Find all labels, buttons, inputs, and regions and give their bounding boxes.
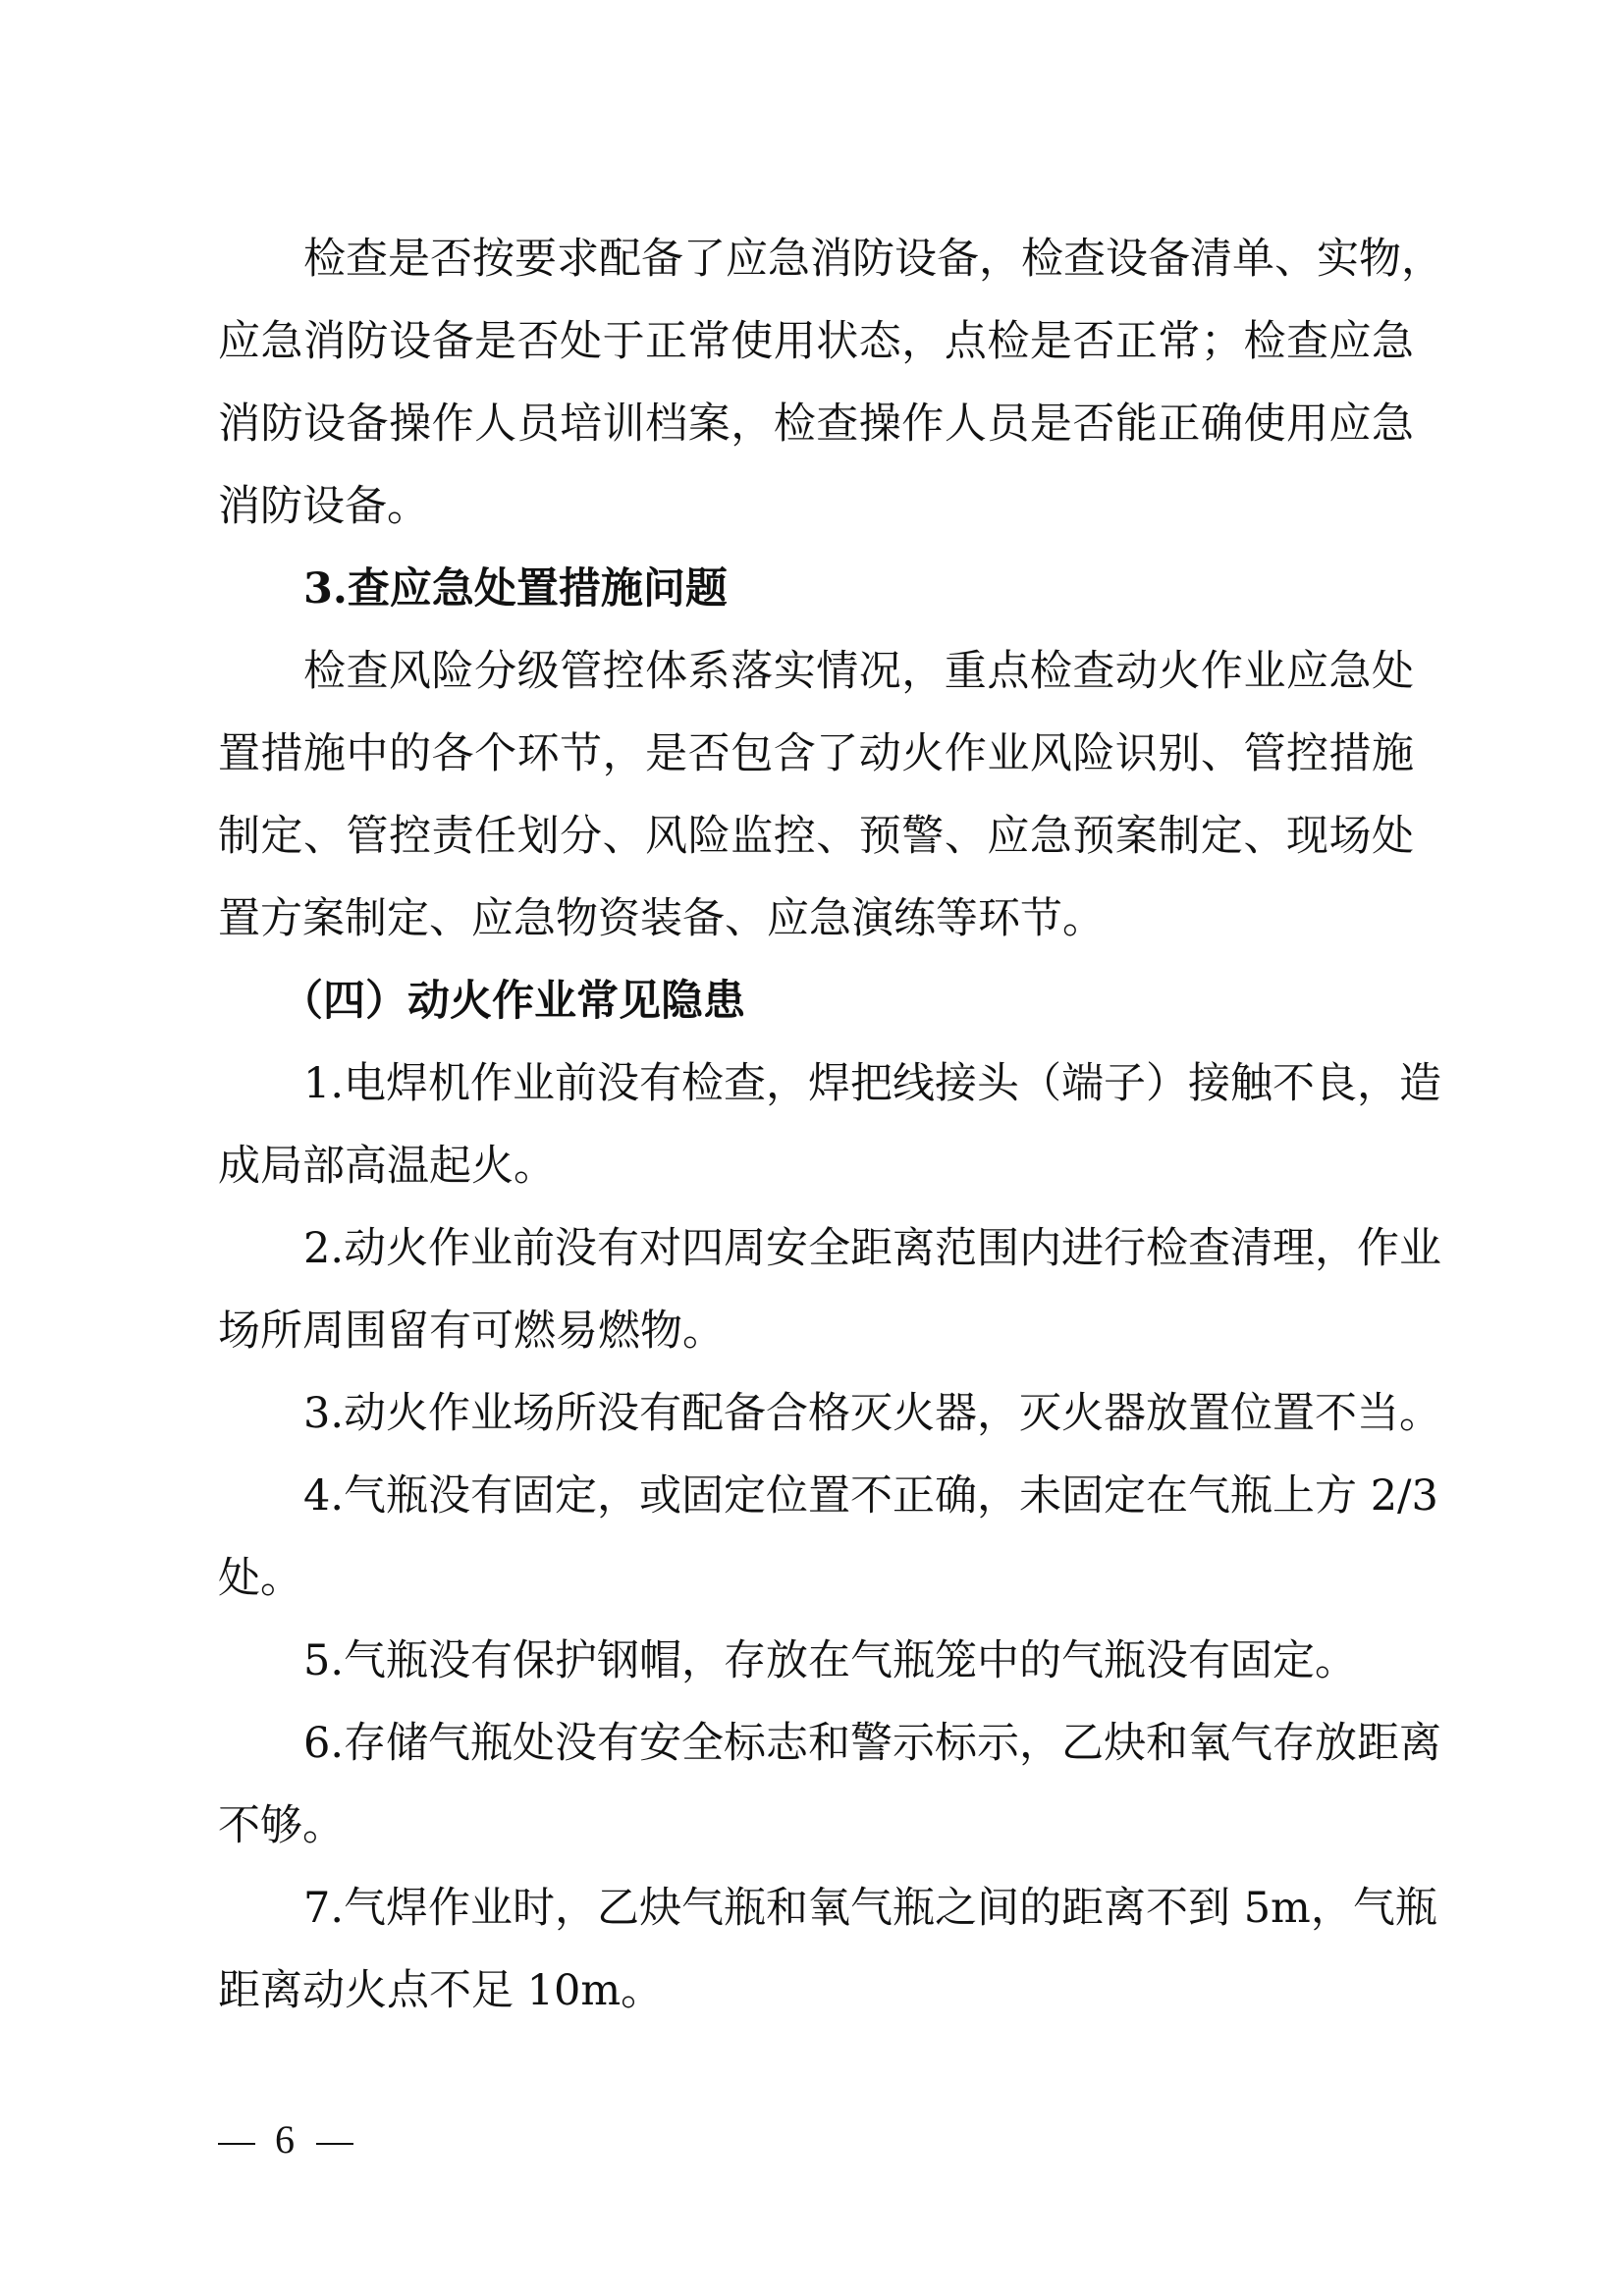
section-heading-common-hazards: （四）动火作业常见隐患 bbox=[218, 960, 1414, 1042]
subheading-emergency-measures: 3.查应急处置措施问题 bbox=[218, 548, 1414, 630]
list-item-hazard-1: 1.电焊机作业前没有检查，焊把线接头（端子）接触不良，造 成局部高温起火。 bbox=[218, 1042, 1414, 1207]
text-line: 制定、管控责任划分、风险监控、预警、应急预案制定、现场处 bbox=[218, 795, 1414, 878]
list-item-hazard-3: 3.动火作业场所没有配备合格灭火器，灭火器放置位置不当。 bbox=[218, 1372, 1414, 1455]
text-line: 消防设备。 bbox=[218, 465, 1414, 548]
list-item-hazard-7: 7.气焊作业时，乙炔气瓶和氧气瓶之间的距离不到 5m，气瓶 距离动火点不足 10… bbox=[218, 1867, 1414, 2032]
text-line: 1.电焊机作业前没有检查，焊把线接头（端子）接触不良，造 bbox=[218, 1042, 1414, 1125]
page-number: 6 bbox=[275, 2117, 297, 2162]
text-line: 6.存储气瓶处没有安全标志和警示标示，乙炔和氧气存放距离 bbox=[218, 1702, 1414, 1785]
text-line: 4.气瓶没有固定，或固定位置不正确，未固定在气瓶上方 2/3 bbox=[218, 1455, 1414, 1537]
paragraph-risk-control: 检查风险分级管控体系落实情况，重点检查动火作业应急处 置措施中的各个环节，是否包… bbox=[218, 630, 1414, 960]
list-item-hazard-2: 2.动火作业前没有对四周安全距离范围内进行检查清理，作业 场所周围留有可燃易燃物… bbox=[218, 1207, 1414, 1372]
paragraph-equipment-check: 检查是否按要求配备了应急消防设备，检查设备清单、实物， 应急消防设备是否处于正常… bbox=[218, 218, 1414, 548]
page-footer: 6 bbox=[218, 2110, 373, 2169]
text-line: 3.动火作业场所没有配备合格灭火器，灭火器放置位置不当。 bbox=[218, 1372, 1414, 1455]
text-line: 7.气焊作业时，乙炔气瓶和氧气瓶之间的距离不到 5m，气瓶 bbox=[218, 1867, 1414, 1949]
text-line: 不够。 bbox=[218, 1785, 1414, 1867]
text-line: 置措施中的各个环节，是否包含了动火作业风险识别、管控措施 bbox=[218, 713, 1414, 795]
text-line: 距离动火点不足 10m。 bbox=[218, 1949, 1414, 2032]
document-page: 检查是否按要求配备了应急消防设备，检查设备清单、实物， 应急消防设备是否处于正常… bbox=[218, 218, 1414, 2032]
text-line: 置方案制定、应急物资装备、应急演练等环节。 bbox=[218, 878, 1414, 960]
text-line: 成局部高温起火。 bbox=[218, 1125, 1414, 1207]
text-line: 消防设备操作人员培训档案，检查操作人员是否能正确使用应急 bbox=[218, 383, 1414, 465]
text-line: 检查风险分级管控体系落实情况，重点检查动火作业应急处 bbox=[218, 630, 1414, 713]
text-line: 场所周围留有可燃易燃物。 bbox=[218, 1290, 1414, 1372]
text-line: 检查是否按要求配备了应急消防设备，检查设备清单、实物， bbox=[218, 218, 1414, 300]
text-line: 应急消防设备是否处于正常使用状态，点检是否正常；检查应急 bbox=[218, 300, 1414, 383]
dash-right bbox=[316, 2143, 353, 2145]
text-line: 处。 bbox=[218, 1537, 1414, 1620]
dash-left bbox=[218, 2143, 255, 2145]
list-item-hazard-4: 4.气瓶没有固定，或固定位置不正确，未固定在气瓶上方 2/3 处。 bbox=[218, 1455, 1414, 1620]
list-item-hazard-5: 5.气瓶没有保护钢帽，存放在气瓶笼中的气瓶没有固定。 bbox=[218, 1620, 1414, 1702]
list-item-hazard-6: 6.存储气瓶处没有安全标志和警示标示，乙炔和氧气存放距离 不够。 bbox=[218, 1702, 1414, 1867]
text-line: 2.动火作业前没有对四周安全距离范围内进行检查清理，作业 bbox=[218, 1207, 1414, 1290]
text-line: 5.气瓶没有保护钢帽，存放在气瓶笼中的气瓶没有固定。 bbox=[218, 1620, 1414, 1702]
